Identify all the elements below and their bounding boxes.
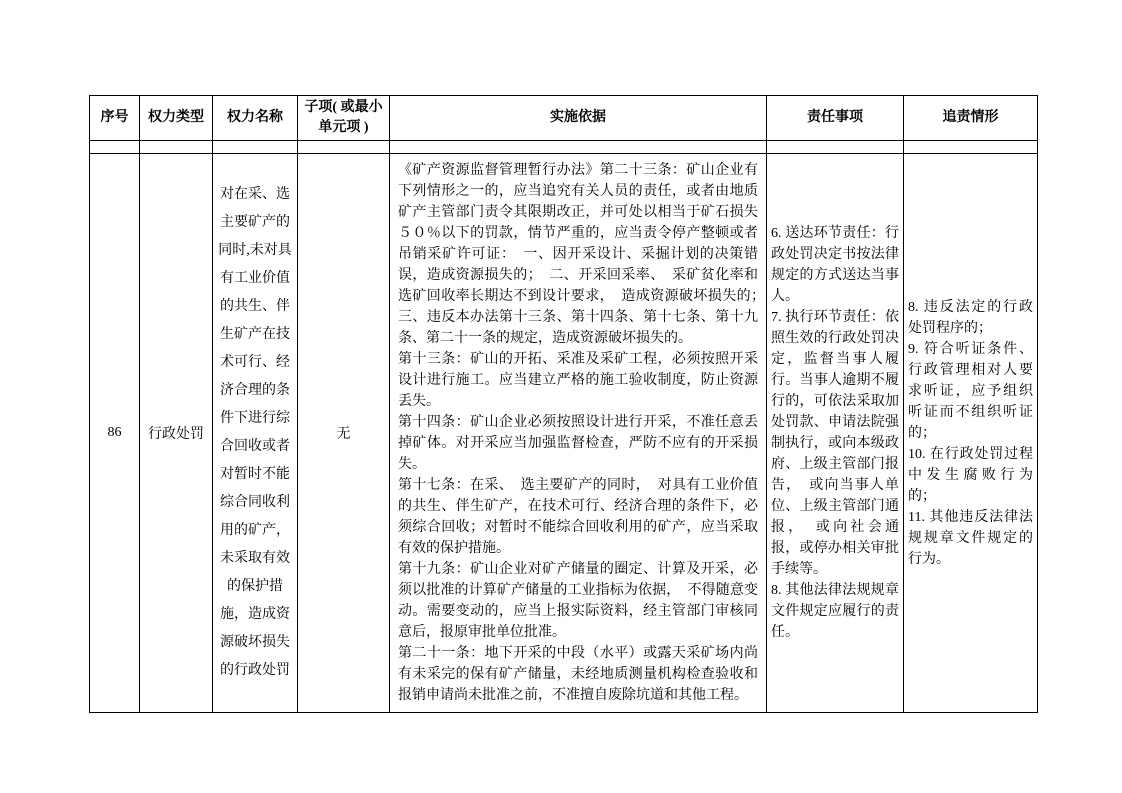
basis-paragraph: 第二十一条：地下开采的中段（水平）或露天采矿场内尚有未采完的保有矿产储量，未经地… — [398, 643, 758, 706]
cell-power-name: 对在采、选主要矿产的同时,未对具有工业价值的共生、伴生矿产在技术可行、经济合理的… — [213, 154, 298, 713]
col-header-seq: 序号 — [90, 96, 140, 141]
basis-paragraph: 第十四条：矿山企业必须按照设计进行开采，不准任意丢掉矿体。对开采应当加强监督检查… — [398, 412, 758, 475]
cell-seq: 86 — [90, 154, 140, 713]
cell-accountability: 8. 违反法定的行政处罚程序的； 9. 符合听证条件、行政管理相对人要求听证，应… — [904, 154, 1038, 713]
cell-responsibility: 6. 送达环节责任：行政处罚决定书按法律规定的方式送达当事人。 7. 执行环节责… — [767, 154, 904, 713]
basis-paragraph: 第十三条：矿山的开拓、采准及采矿工程，必须按照开采设计进行施工。应当建立严格的施… — [398, 349, 758, 412]
header-row: 序号 权力类型 权力名称 子项( 或最小单元项 ) 实施依据 责任事项 追责情形 — [90, 96, 1038, 141]
basis-paragraph: 第十九条：矿山企业对矿产储量的圈定、计算及开采，必须以批准的计算矿产储量的工业指… — [398, 559, 758, 643]
accountability-paragraph: 8. 违反法定的行政处罚程序的； — [908, 297, 1033, 339]
basis-paragraph: 第十七条：在采、 选主要矿产的同时， 对具有工业价值的共生、伴生矿产，在技术可行… — [398, 475, 758, 559]
cell-sub-item: 无 — [298, 154, 390, 713]
col-header-basis: 实施依据 — [390, 96, 767, 141]
spacer-cell — [298, 141, 390, 154]
responsibility-paragraph: 7. 执行环节责任：依照生效的行政处罚决定，监督当事人履行。当事人逾期不履行的，… — [771, 307, 899, 580]
basis-paragraph: 《矿产资源监督管理暂行办法》第二十三条：矿山企业有下列情形之一的，应当追究有关人… — [398, 160, 758, 349]
document-page: 序号 权力类型 权力名称 子项( 或最小单元项 ) 实施依据 责任事项 追责情形… — [0, 0, 1122, 793]
spacer-cell — [213, 141, 298, 154]
col-header-power-name: 权力名称 — [213, 96, 298, 141]
power-list-table: 序号 权力类型 权力名称 子项( 或最小单元项 ) 实施依据 责任事项 追责情形… — [89, 95, 1038, 713]
col-header-sub-item: 子项( 或最小单元项 ) — [298, 96, 390, 141]
table-row: 86 行政处罚 对在采、选主要矿产的同时,未对具有工业价值的共生、伴生矿产在技术… — [90, 154, 1038, 713]
spacer-cell — [767, 141, 904, 154]
spacer-cell — [90, 141, 140, 154]
spacer-row — [90, 141, 1038, 154]
responsibility-paragraph: 6. 送达环节责任：行政处罚决定书按法律规定的方式送达当事人。 — [771, 223, 899, 307]
col-header-responsibility: 责任事项 — [767, 96, 904, 141]
accountability-paragraph: 9. 符合听证条件、行政管理相对人要求听证，应予组织听证而不组织听证的； — [908, 339, 1033, 444]
spacer-cell — [904, 141, 1038, 154]
spacer-cell — [140, 141, 213, 154]
responsibility-paragraph: 8. 其他法律法规规章文件规定应履行的责任。 — [771, 580, 899, 643]
col-header-power-type: 权力类型 — [140, 96, 213, 141]
spacer-cell — [390, 141, 767, 154]
accountability-paragraph: 11. 其他违反法律法规规章文件规定的行为。 — [908, 507, 1033, 570]
col-header-accountability: 追责情形 — [904, 96, 1038, 141]
cell-power-type: 行政处罚 — [140, 154, 213, 713]
cell-basis: 《矿产资源监督管理暂行办法》第二十三条：矿山企业有下列情形之一的，应当追究有关人… — [390, 154, 767, 713]
accountability-paragraph: 10. 在行政处罚过程中发生腐败行为的； — [908, 444, 1033, 507]
